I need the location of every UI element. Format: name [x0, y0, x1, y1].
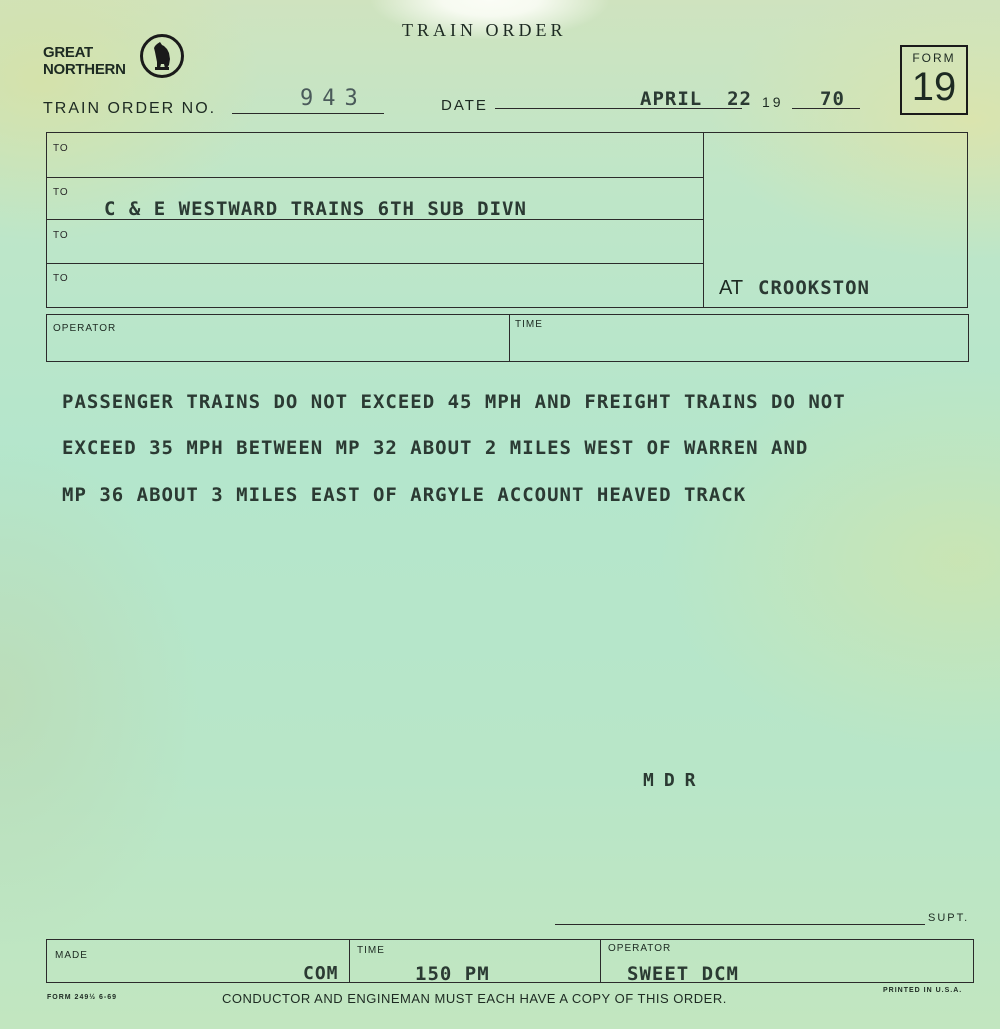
order-text-line: MP 36 ABOUT 3 MILES EAST OF ARGYLE ACCOU…: [62, 484, 746, 506]
dispatcher-initials: MDR: [643, 770, 706, 791]
date-value: APRIL 22: [640, 88, 752, 110]
operator-label: OPERATOR: [608, 943, 671, 954]
order-no-underline: [232, 113, 384, 114]
to-label-1: TO: [53, 143, 69, 154]
to-label-3: TO: [53, 230, 69, 241]
mountain-goat-icon: [140, 34, 184, 78]
order-text-line: EXCEED 35 MPH BETWEEN MP 32 ABOUT 2 MILE…: [62, 437, 808, 459]
addressee-value: C & E WESTWARD TRAINS 6TH SUB DIVN: [104, 198, 527, 220]
train-order-no-value: 943: [300, 86, 367, 111]
form-number-box: FORM 19: [900, 45, 968, 115]
railroad-logo-text: GREAT NORTHERN: [43, 44, 126, 78]
to-label-2: TO: [53, 187, 69, 198]
to-label-4: TO: [53, 273, 69, 284]
time-label: TIME: [357, 945, 385, 956]
time-divider: [600, 940, 601, 982]
supt-label: SUPT.: [928, 912, 969, 924]
order-text-line: PASSENGER TRAINS DO NOT EXCEED 45 MPH AN…: [62, 391, 846, 413]
addressee-divider-vertical: [703, 133, 704, 307]
form-code: FORM 249½ 6-69: [47, 994, 117, 1001]
supt-underline: [555, 924, 925, 925]
form-number: 19: [902, 67, 966, 107]
document-title: TRAIN ORDER: [402, 20, 567, 41]
made-value: COM: [303, 963, 339, 984]
time-label: TIME: [515, 319, 543, 330]
date-year: 70: [820, 88, 845, 110]
operator-label: OPERATOR: [53, 323, 116, 334]
date-century: 19: [762, 94, 784, 110]
to-divider: [47, 263, 703, 264]
conductor-note: CONDUCTOR AND ENGINEMAN MUST EACH HAVE A…: [222, 991, 727, 1006]
operator-divider: [509, 315, 510, 361]
completion-box: MADE TIME OPERATOR: [46, 939, 974, 983]
train-order-no-label: TRAIN ORDER NO.: [43, 100, 216, 118]
operator-time-box: OPERATOR TIME: [46, 314, 969, 362]
at-label: AT: [719, 277, 743, 300]
at-station-value: CROOKSTON: [758, 277, 870, 299]
made-label: MADE: [55, 950, 88, 961]
made-divider: [349, 940, 350, 982]
operator-value: SWEET DCM: [627, 963, 739, 985]
logo-line-1: GREAT: [43, 44, 126, 61]
form-label: FORM: [902, 51, 966, 65]
to-divider: [47, 177, 703, 178]
printed-in-usa: PRINTED IN U.S.A.: [883, 987, 962, 994]
time-value: 150 PM: [415, 963, 490, 985]
logo-line-2: NORTHERN: [43, 61, 126, 78]
date-label: DATE: [441, 97, 488, 114]
